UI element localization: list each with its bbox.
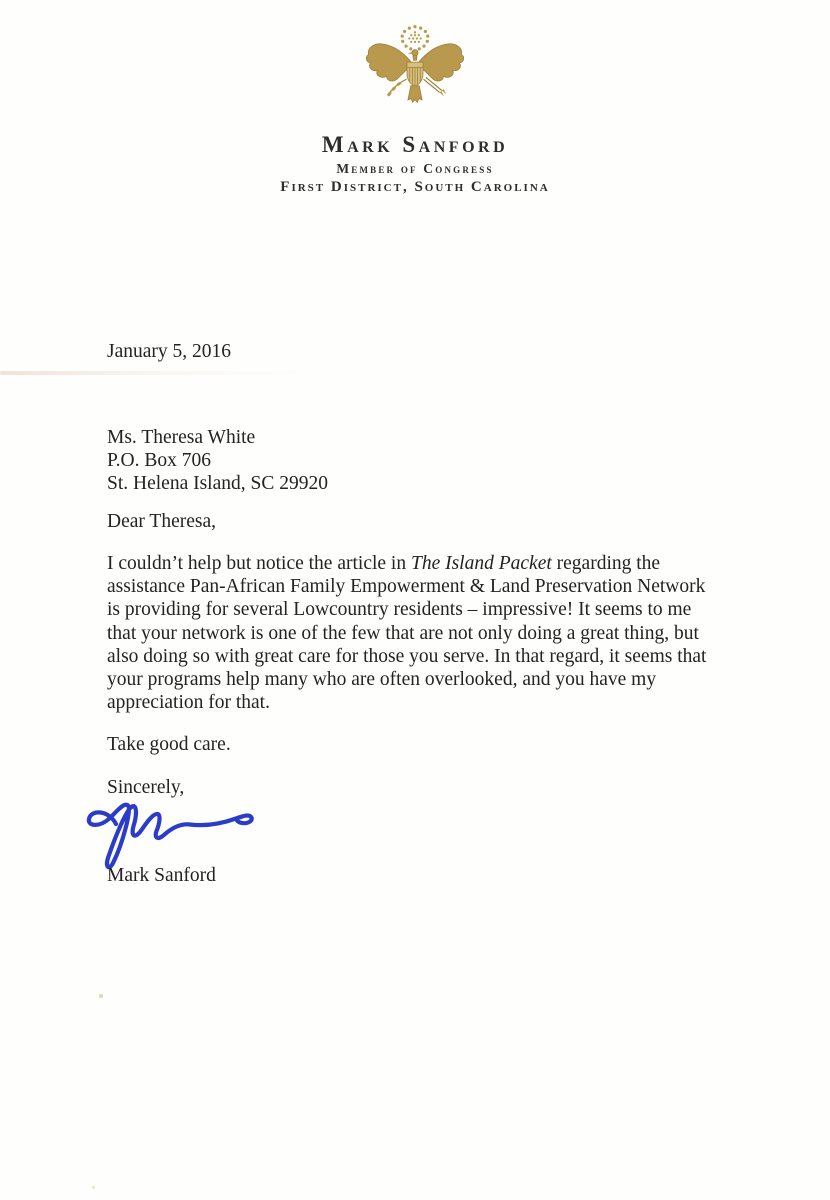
recipient-address: Ms. Theresa White P.O. Box 706 St. Helen…: [107, 426, 328, 496]
letterhead-name: Mark Sanford: [0, 133, 830, 157]
letter-body: I couldn’t help but notice the article i…: [107, 552, 767, 714]
body-line: assistance Pan-African Family Empowermen…: [107, 575, 767, 598]
paper-crease: [0, 371, 340, 375]
scanned-letter-page: Mark Sanford Member of Congress First Di…: [0, 0, 830, 1200]
body-line: also doing so with great care for those …: [107, 645, 767, 668]
body-line: your programs help many who are often ov…: [107, 668, 767, 691]
signature-ink: [83, 795, 261, 873]
letterhead-district: First District, South Carolina: [0, 180, 830, 196]
publication-name: The Island Packet: [411, 553, 552, 574]
great-seal-eagle-icon: [0, 24, 830, 123]
body-line: that your network is one of the few that…: [107, 622, 767, 645]
recipient-name: Ms. Theresa White: [107, 426, 328, 449]
letter-date: January 5, 2016: [107, 340, 231, 363]
recipient-po-box: P.O. Box 706: [107, 449, 328, 472]
body-text: I couldn’t help but notice the article i…: [107, 553, 411, 574]
recipient-city-state-zip: St. Helena Island, SC 29920: [107, 472, 328, 495]
letterhead: Mark Sanford Member of Congress First Di…: [0, 24, 830, 196]
body-text: regarding the: [552, 553, 660, 574]
typed-signature-name: Mark Sanford: [107, 864, 216, 887]
body-line: appreciation for that.: [107, 691, 767, 714]
paper-speck: [92, 1186, 95, 1189]
body-line: I couldn’t help but notice the article i…: [107, 552, 767, 575]
paper-speck: [99, 994, 103, 998]
salutation: Dear Theresa,: [107, 510, 216, 533]
body-line: is providing for several Lowcountry resi…: [107, 598, 767, 621]
closing-remark: Take good care.: [107, 733, 231, 756]
letterhead-title: Member of Congress: [0, 162, 830, 176]
